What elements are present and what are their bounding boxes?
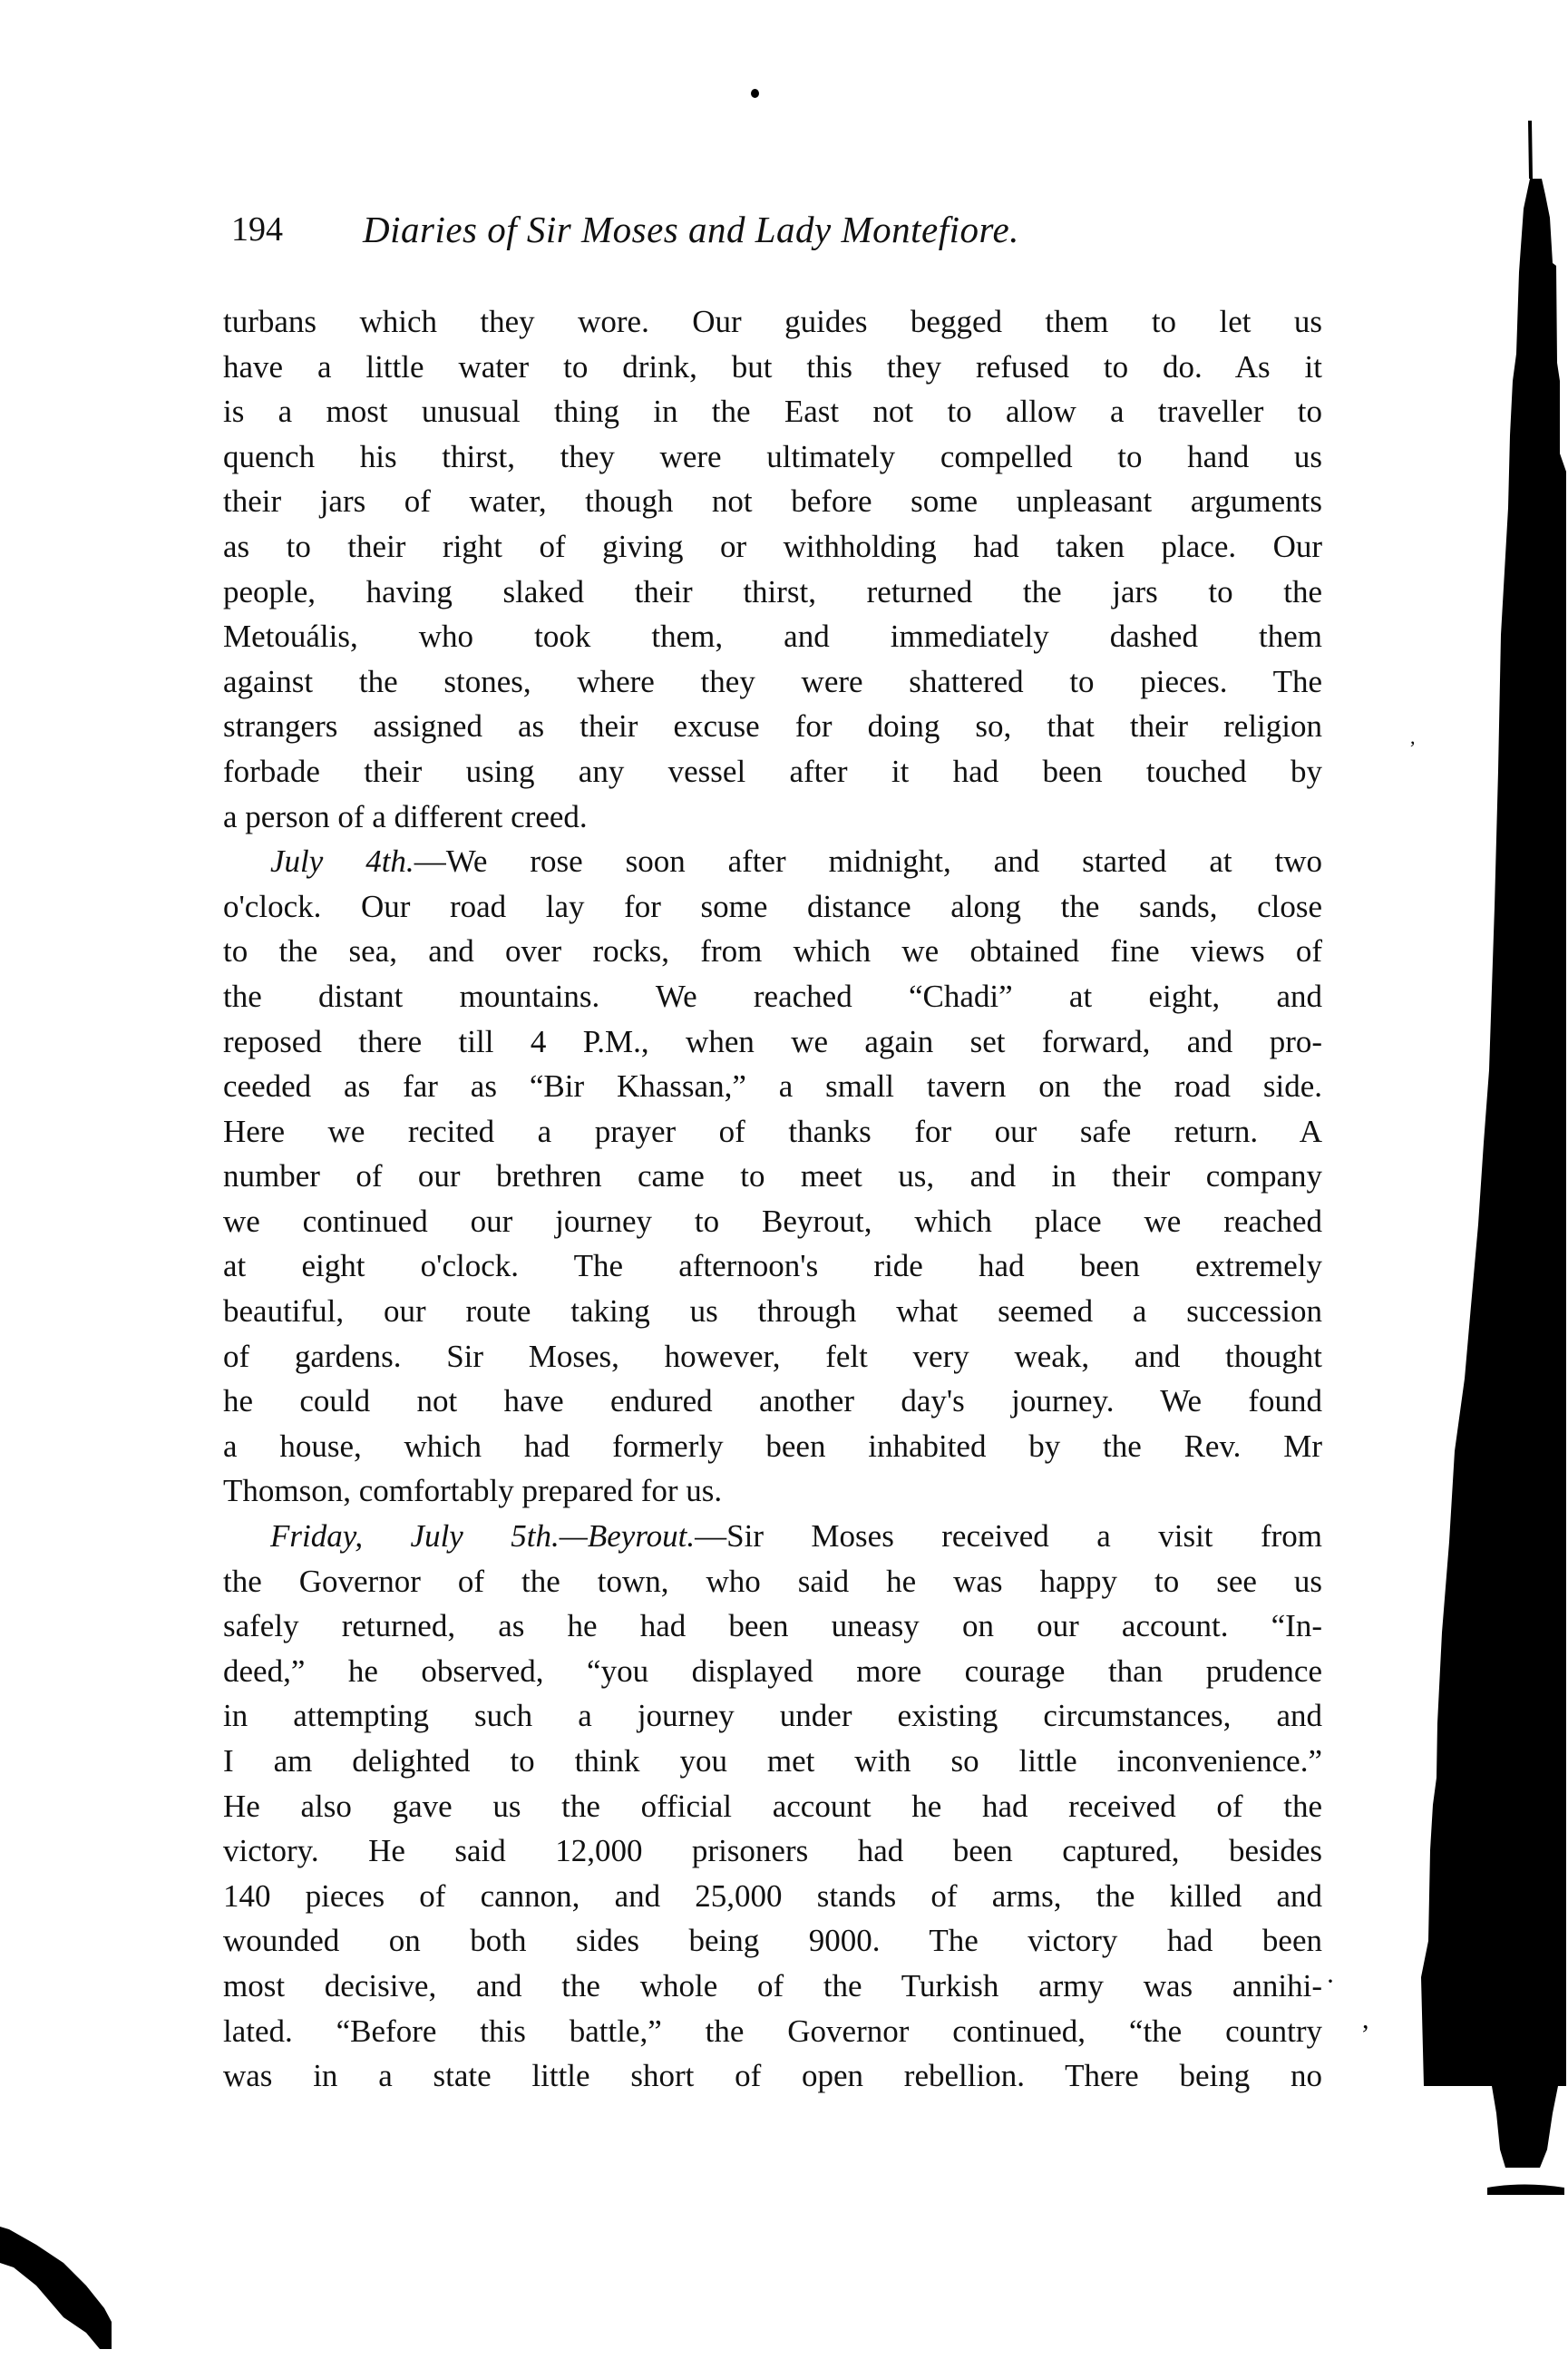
text-line: people, having slaked their thirst, retu… — [223, 570, 1322, 615]
text-line: ceeded as far as “Bir Khassan,” a small … — [223, 1064, 1322, 1109]
body-text: turbans which they wore. Our guides begg… — [223, 299, 1322, 2099]
ink-smudge-shape — [0, 2227, 112, 2349]
text-line: to the sea, and over rocks, from which w… — [223, 929, 1322, 974]
line-text: safely returned, as he had been uneasy o… — [223, 1608, 1322, 1643]
line-text: at eight o'clock. The afternoon's ride h… — [223, 1248, 1322, 1283]
text-line: number of our brethren came to meet us, … — [223, 1154, 1322, 1199]
line-text: he could not have endured another day's … — [223, 1383, 1322, 1418]
text-line: their jars of water, though not before s… — [223, 479, 1322, 524]
line-text: the distant mountains. We reached “Chadi… — [223, 979, 1322, 1014]
text-line: quench his thirst, they were ultimately … — [223, 434, 1322, 480]
line-text: in attempting such a journey under exist… — [223, 1698, 1322, 1733]
text-line: strangers assigned as their excuse for d… — [223, 704, 1322, 749]
line-text: He also gave us the official account he … — [223, 1789, 1322, 1824]
text-line: we continued our journey to Beyrout, whi… — [223, 1199, 1322, 1244]
text-line: 140 pieces of cannon, and 25,000 stands … — [223, 1874, 1322, 1919]
line-text: —We rose soon after midnight, and starte… — [414, 843, 1322, 879]
binding-top-spike — [1530, 121, 1531, 179]
line-text: Metouális, who took them, and immediatel… — [223, 619, 1322, 654]
line-text: Here we recited a prayer of thanks for o… — [223, 1114, 1322, 1149]
text-line: Thomson, comfortably prepared for us. — [223, 1468, 1322, 1514]
text-line: deed,” he observed, “you displayed more … — [223, 1649, 1322, 1694]
line-text: most decisive, and the whole of the Turk… — [223, 1968, 1322, 2003]
line-text: to the sea, and over rocks, from which w… — [223, 933, 1322, 969]
text-line: o'clock. Our road lay for some distance … — [223, 884, 1322, 930]
text-line: the distant mountains. We reached “Chadi… — [223, 974, 1322, 1019]
text-line: Metouális, who took them, and immediatel… — [223, 614, 1322, 659]
text-line: against the stones, where they were shat… — [223, 659, 1322, 705]
text-line: Here we recited a prayer of thanks for o… — [223, 1109, 1322, 1155]
text-line: a person of a different creed. — [223, 795, 1322, 840]
line-text: have a little water to drink, but this t… — [223, 349, 1322, 385]
text-line: safely returned, as he had been uneasy o… — [223, 1604, 1322, 1649]
text-line: July 4th.—We rose soon after midnight, a… — [223, 839, 1322, 884]
line-text: turbans which they wore. Our guides begg… — [223, 304, 1322, 339]
line-text: the Governor of the town, who said he wa… — [223, 1564, 1322, 1599]
scanned-book-page: 194 Diaries of Sir Moses and Lady Montef… — [0, 0, 1568, 2369]
text-line: most decisive, and the whole of the Turk… — [223, 1964, 1322, 2009]
line-text: people, having slaked their thirst, retu… — [223, 574, 1322, 609]
line-text: a house, which had formerly been inhabit… — [223, 1428, 1322, 1464]
text-line: of gardens. Sir Moses, however, felt ver… — [223, 1334, 1322, 1379]
text-line: forbade their using any vessel after it … — [223, 749, 1322, 795]
line-text: their jars of water, though not before s… — [223, 483, 1322, 519]
line-text: as to their right of giving or withholdi… — [223, 529, 1322, 564]
line-text: a person of a different creed. — [223, 799, 588, 834]
text-line: at eight o'clock. The afternoon's ride h… — [223, 1243, 1322, 1289]
entry-date: Friday, July 5th.—Beyrout. — [270, 1518, 695, 1554]
text-line: turbans which they wore. Our guides begg… — [223, 299, 1322, 345]
line-text: lated. “Before this battle,” the Governo… — [223, 2013, 1322, 2049]
text-line: is a most unusual thing in the East not … — [223, 389, 1322, 434]
text-line: the Governor of the town, who said he wa… — [223, 1559, 1322, 1604]
line-text: of gardens. Sir Moses, however, felt ver… — [223, 1339, 1322, 1374]
text-line: He also gave us the official account he … — [223, 1784, 1322, 1829]
entry-date: July 4th. — [270, 843, 414, 879]
margin-speck: , — [1410, 726, 1416, 749]
text-line: victory. He said 12,000 prisoners had be… — [223, 1828, 1322, 1874]
text-line: reposed there till 4 P.M., when we again… — [223, 1019, 1322, 1065]
line-text: wounded on both sides being 9000. The vi… — [223, 1923, 1322, 1958]
text-line: as to their right of giving or withholdi… — [223, 524, 1322, 570]
page-number: 194 — [231, 207, 283, 252]
text-line: a house, which had formerly been inhabit… — [223, 1424, 1322, 1469]
line-text: against the stones, where they were shat… — [223, 664, 1322, 699]
text-line: beautiful, our route taking us through w… — [223, 1289, 1322, 1334]
line-text: 140 pieces of cannon, and 25,000 stands … — [223, 1878, 1322, 1914]
line-text: beautiful, our route taking us through w… — [223, 1293, 1322, 1329]
line-text: Thomson, comfortably prepared for us. — [223, 1473, 722, 1508]
text-line: was in a state little short of open rebe… — [223, 2053, 1322, 2099]
line-text: I am delighted to think you met with so … — [223, 1743, 1322, 1779]
line-text: deed,” he observed, “you displayed more … — [223, 1653, 1322, 1689]
running-title: Diaries of Sir Moses and Lady Montefiore… — [363, 207, 1019, 252]
ink-dot-mark — [751, 89, 759, 98]
line-text: strangers assigned as their excuse for d… — [223, 708, 1322, 744]
line-text: forbade their using any vessel after it … — [223, 754, 1322, 789]
line-text: ceeded as far as “Bir Khassan,” a small … — [223, 1068, 1322, 1104]
text-line: he could not have endured another day's … — [223, 1379, 1322, 1424]
margin-mark-comma: , — [1362, 2004, 1369, 2035]
line-text: o'clock. Our road lay for some distance … — [223, 889, 1322, 924]
text-line: Friday, July 5th.—Beyrout.—Sir Moses rec… — [223, 1514, 1322, 1559]
binding-bottom-shadow — [1487, 2185, 1564, 2196]
line-text: reposed there till 4 P.M., when we again… — [223, 1024, 1322, 1059]
text-line: wounded on both sides being 9000. The vi… — [223, 1918, 1322, 1964]
text-line: lated. “Before this battle,” the Governo… — [223, 2009, 1322, 2054]
binding-shadow-shape — [1421, 179, 1566, 2168]
margin-mark-dot: · — [1326, 1966, 1335, 1997]
line-text: we continued our journey to Beyrout, whi… — [223, 1204, 1322, 1239]
line-text: —Sir Moses received a visit from — [695, 1518, 1322, 1554]
text-line: in attempting such a journey under exist… — [223, 1693, 1322, 1739]
line-text: victory. He said 12,000 prisoners had be… — [223, 1833, 1322, 1868]
line-text: quench his thirst, they were ultimately … — [223, 439, 1322, 474]
text-line: I am delighted to think you met with so … — [223, 1739, 1322, 1784]
line-text: is a most unusual thing in the East not … — [223, 394, 1322, 429]
line-text: number of our brethren came to meet us, … — [223, 1158, 1322, 1194]
text-line: have a little water to drink, but this t… — [223, 345, 1322, 390]
line-text: was in a state little short of open rebe… — [223, 2058, 1322, 2093]
page-header: 194 Diaries of Sir Moses and Lady Montef… — [227, 207, 1324, 252]
